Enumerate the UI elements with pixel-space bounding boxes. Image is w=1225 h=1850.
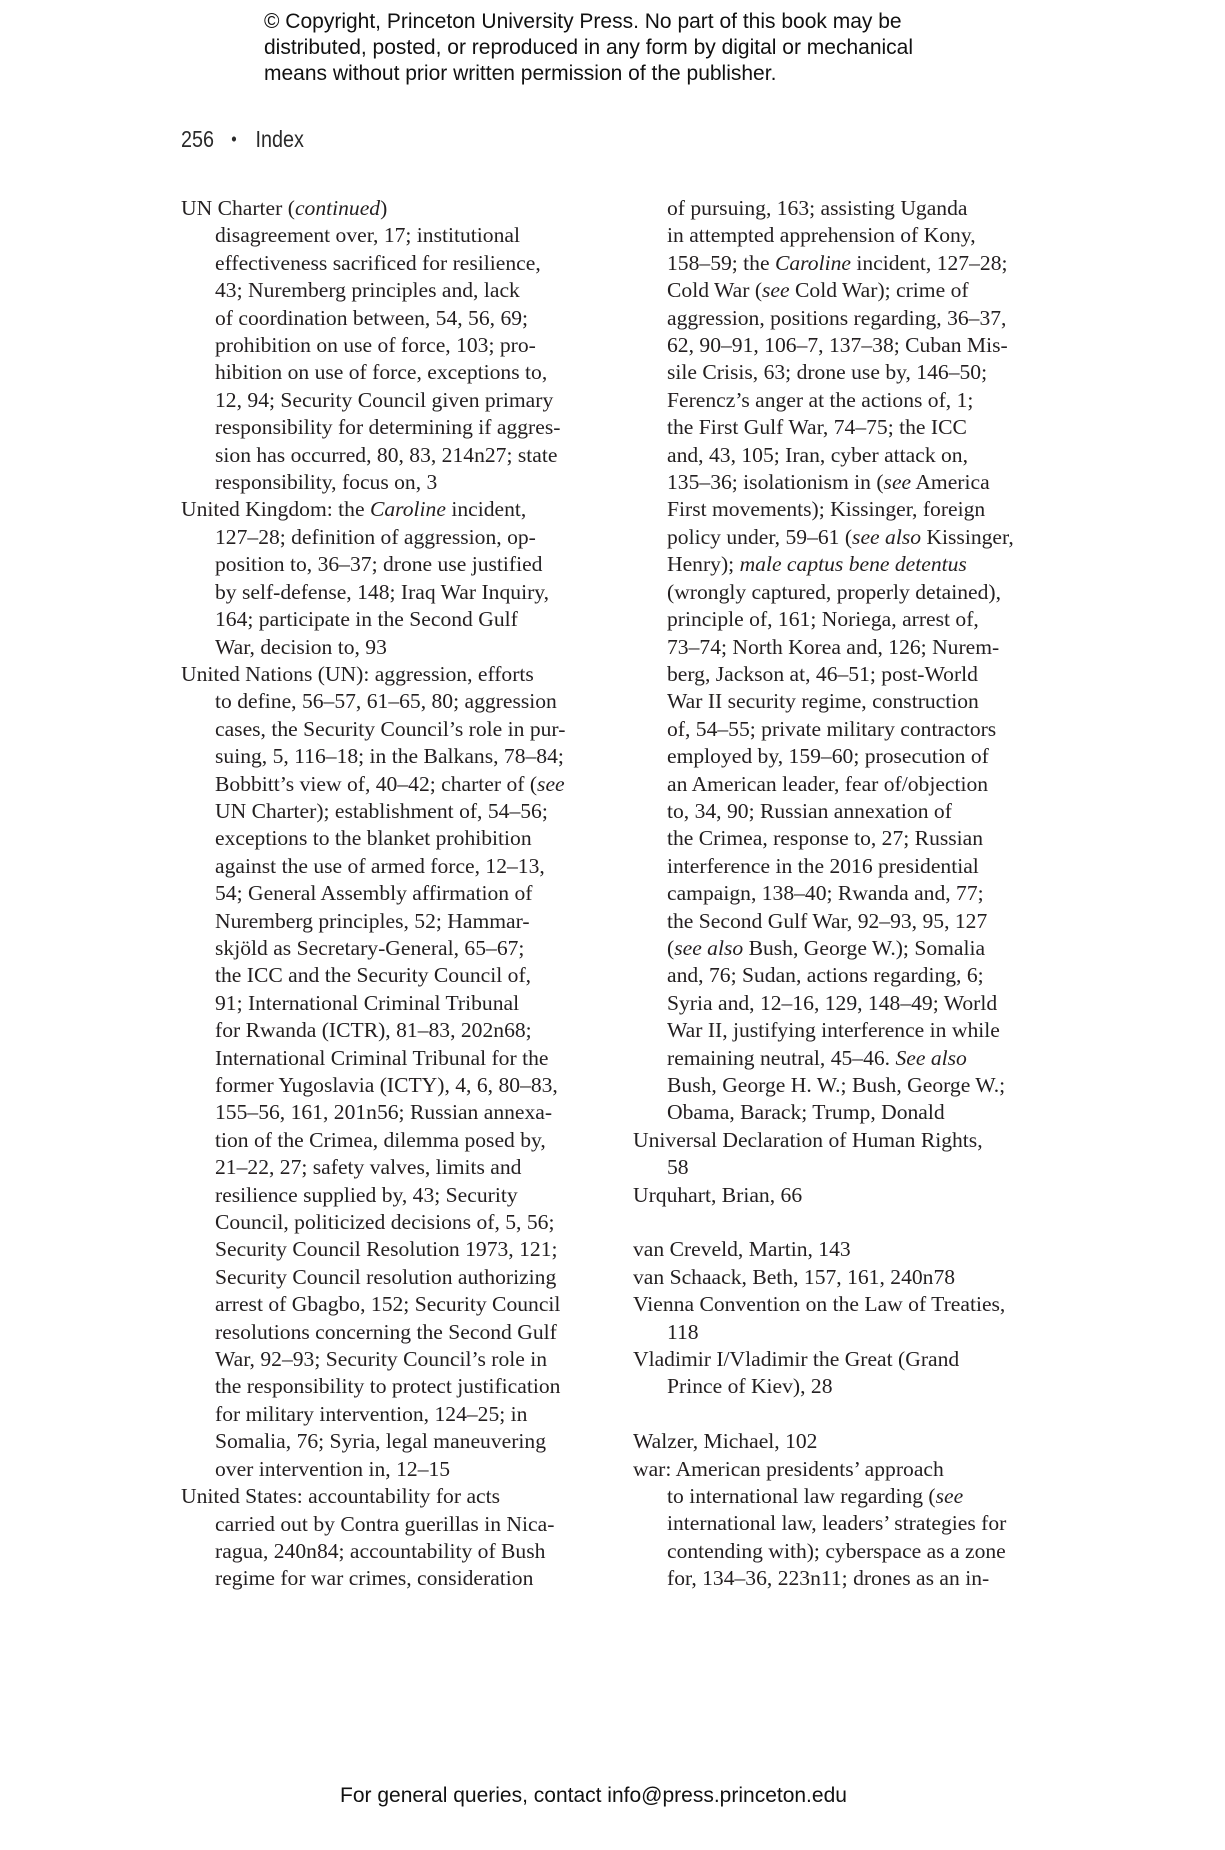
index-subentry-line: ragua, 240n84; accountability of Bush <box>181 1538 601 1565</box>
index-subentry-line: sile Crisis, 63; drone use by, 146–50; <box>633 359 1053 386</box>
index-entry-heading: van Creveld, Martin, 143 <box>633 1236 1053 1263</box>
index-subentry-line: responsibility for determining if aggres… <box>181 414 601 441</box>
index-subentry-line: the First Gulf War, 74–75; the ICC <box>633 414 1053 441</box>
index-subentry-line: of coordination between, 54, 56, 69; <box>181 305 601 332</box>
index-subentry-line: sion has occurred, 80, 83, 214n27; state <box>181 442 601 469</box>
copyright-line: distributed, posted, or reproduced in an… <box>264 35 1024 61</box>
letter-group-gap <box>633 1401 1053 1428</box>
index-subentry-line: War, decision to, 93 <box>181 634 601 661</box>
index-subentry-line: Somalia, 76; Syria, legal maneuvering <box>181 1428 601 1455</box>
index-subentry-line: resilience supplied by, 43; Security <box>181 1182 601 1209</box>
index-subentry-line: Cold War (see Cold War); crime of <box>633 277 1053 304</box>
index-subentry-line: First movements); Kissinger, foreign <box>633 496 1053 523</box>
index-entry-heading: UN Charter (continued) <box>181 195 601 222</box>
copyright-line: © Copyright, Princeton University Press.… <box>264 9 1024 35</box>
index-subentry-line: Prince of Kiev), 28 <box>633 1373 1053 1400</box>
index-entry: United Nations (UN): aggression, efforts… <box>181 661 601 1483</box>
index-subentry-line: 135–36; isolationism in (see America <box>633 469 1053 496</box>
index-entry-heading: war: American presidents’ approach <box>633 1456 1053 1483</box>
index-subentry-line: 73–74; North Korea and, 126; Nurem- <box>633 634 1053 661</box>
index-subentry-line: hibition on use of force, exceptions to, <box>181 359 601 386</box>
index-subentry-line: 118 <box>633 1319 1053 1346</box>
index-subentry-line: policy under, 59–61 (see also Kissinger, <box>633 524 1053 551</box>
index-subentry-line: regime for war crimes, consideration <box>181 1565 601 1592</box>
index-column-right: of pursuing, 163; assisting Ugandain att… <box>633 195 1053 1593</box>
index-entry-heading: Vladimir I/Vladimir the Great (Grand <box>633 1346 1053 1373</box>
index-subentry-line: of, 54–55; private military contractors <box>633 716 1053 743</box>
index-subentry-line: 54; General Assembly affirmation of <box>181 880 601 907</box>
index-subentry-line: skjöld as Secretary-General, 65–67; <box>181 935 601 962</box>
index-subentry-line: remaining neutral, 45–46. See also <box>633 1045 1053 1072</box>
index-column-left: UN Charter (continued)disagreement over,… <box>181 195 601 1593</box>
index-subentry-line: to, 34, 90; Russian annexation of <box>633 798 1053 825</box>
letter-group-gap <box>633 1209 1053 1236</box>
index-subentry-line: 164; participate in the Second Gulf <box>181 606 601 633</box>
index-entry-heading: Vienna Convention on the Law of Treaties… <box>633 1291 1053 1318</box>
index-entry: Vienna Convention on the Law of Treaties… <box>633 1291 1053 1346</box>
index-entry: Urquhart, Brian, 66 <box>633 1182 1053 1209</box>
index-entry: war: American presidents’ approachto int… <box>633 1456 1053 1593</box>
index-subentry-line: contending with); cyberspace as a zone <box>633 1538 1053 1565</box>
index-subentry-line: international law, leaders’ strategies f… <box>633 1510 1053 1537</box>
index-entry: van Schaack, Beth, 157, 161, 240n78 <box>633 1264 1053 1291</box>
copyright-notice: © Copyright, Princeton University Press.… <box>264 9 1024 87</box>
index-entry: Vladimir I/Vladimir the Great (GrandPrin… <box>633 1346 1053 1401</box>
index-subentry-line: 58 <box>633 1154 1053 1181</box>
index-subentry-line: Nuremberg principles, 52; Hammar- <box>181 908 601 935</box>
index-subentry-line: effectiveness sacrificed for resilience, <box>181 250 601 277</box>
index-subentry-line: the Second Gulf War, 92–93, 95, 127 <box>633 908 1053 935</box>
index-entry: United Kingdom: the Caroline incident,12… <box>181 496 601 660</box>
index-subentry-line: the Crimea, response to, 27; Russian <box>633 825 1053 852</box>
index-subentry-line: against the use of armed force, 12–13, <box>181 853 601 880</box>
index-entry: United States: accountability for actsca… <box>181 1483 601 1593</box>
index-subentry-line: War II security regime, construction <box>633 688 1053 715</box>
index-subentry-line: to international law regarding (see <box>633 1483 1053 1510</box>
index-entry-heading: van Schaack, Beth, 157, 161, 240n78 <box>633 1264 1053 1291</box>
index-subentry-line: berg, Jackson at, 46–51; post-World <box>633 661 1053 688</box>
index-entry-heading: United States: accountability for acts <box>181 1483 601 1510</box>
index-subentry-line: by self-defense, 148; Iraq War Inquiry, <box>181 579 601 606</box>
index-subentry-line: 127–28; definition of aggression, op- <box>181 524 601 551</box>
index-subentry-line: employed by, 159–60; prosecution of <box>633 743 1053 770</box>
index-subentry-line: interference in the 2016 presidential <box>633 853 1053 880</box>
index-subentry-line: 43; Nuremberg principles and, lack <box>181 277 601 304</box>
index-entry: Walzer, Michael, 102 <box>633 1428 1053 1455</box>
index-subentry-line: 91; International Criminal Tribunal <box>181 990 601 1017</box>
index-subentry-line: the ICC and the Security Council of, <box>181 962 601 989</box>
index-subentry-line: former Yugoslavia (ICTY), 4, 6, 80–83, <box>181 1072 601 1099</box>
index-subentry-line: Obama, Barack; Trump, Donald <box>633 1099 1053 1126</box>
bullet-separator: • <box>231 129 236 150</box>
index-subentry-line: 155–56, 161, 201n56; Russian annexa- <box>181 1099 601 1126</box>
index-subentry-line: campaign, 138–40; Rwanda and, 77; <box>633 880 1053 907</box>
index-subentry-line: Ferencz’s anger at the actions of, 1; <box>633 387 1053 414</box>
index-entry-heading: Urquhart, Brian, 66 <box>633 1182 1053 1209</box>
index-subentry-line: 158–59; the Caroline incident, 127–28; <box>633 250 1053 277</box>
index-subentry-line: (see also Bush, George W.); Somalia <box>633 935 1053 962</box>
index-entry: of pursuing, 163; assisting Ugandain att… <box>633 195 1053 1127</box>
index-subentry-line: arrest of Gbagbo, 152; Security Council <box>181 1291 601 1318</box>
index-subentry-line: Security Council resolution authorizing <box>181 1264 601 1291</box>
index-subentry-line: resolutions concerning the Second Gulf <box>181 1319 601 1346</box>
index-subentry-line: aggression, positions regarding, 36–37, <box>633 305 1053 332</box>
index-entry-heading: United Kingdom: the Caroline incident, <box>181 496 601 523</box>
index-subentry-line: principle of, 161; Noriega, arrest of, <box>633 606 1053 633</box>
index-entry-heading: Universal Declaration of Human Rights, <box>633 1127 1053 1154</box>
index-subentry-line: the responsibility to protect justificat… <box>181 1373 601 1400</box>
footer-contact: For general queries, contact info@press.… <box>340 1784 847 1808</box>
index-subentry-line: and, 43, 105; Iran, cyber attack on, <box>633 442 1053 469</box>
index-subentry-line: cases, the Security Council’s role in pu… <box>181 716 601 743</box>
index-subentry-line: disagreement over, 17; institutional <box>181 222 601 249</box>
index-subentry-line: War, 92–93; Security Council’s role in <box>181 1346 601 1373</box>
index-subentry-line: responsibility, focus on, 3 <box>181 469 601 496</box>
index-subentry-line: over intervention in, 12–15 <box>181 1456 601 1483</box>
index-subentry-line: in attempted apprehension of Kony, <box>633 222 1053 249</box>
index-subentry-line: for military intervention, 124–25; in <box>181 1401 601 1428</box>
index-subentry-line: Security Council Resolution 1973, 121; <box>181 1236 601 1263</box>
section-title: Index <box>256 126 304 152</box>
page-number: 256 <box>181 126 214 152</box>
index-subentry-line: prohibition on use of force, 103; pro- <box>181 332 601 359</box>
index-subentry-line: to define, 56–57, 61–65, 80; aggression <box>181 688 601 715</box>
index-entry-heading: Walzer, Michael, 102 <box>633 1428 1053 1455</box>
copyright-line: means without prior written permission o… <box>264 61 1024 87</box>
index-subentry-line: Council, politicized decisions of, 5, 56… <box>181 1209 601 1236</box>
index-subentry-line: International Criminal Tribunal for the <box>181 1045 601 1072</box>
index-entry: van Creveld, Martin, 143 <box>633 1236 1053 1263</box>
index-subentry-line: Bush, George H. W.; Bush, George W.; <box>633 1072 1053 1099</box>
index-subentry-line: tion of the Crimea, dilemma posed by, <box>181 1127 601 1154</box>
index-subentry-line: and, 76; Sudan, actions regarding, 6; <box>633 962 1053 989</box>
index-subentry-line: carried out by Contra guerillas in Nica- <box>181 1511 601 1538</box>
index-subentry-line: UN Charter); establishment of, 54–56; <box>181 798 601 825</box>
index-entry: UN Charter (continued)disagreement over,… <box>181 195 601 496</box>
running-head: 256•Index <box>181 126 304 153</box>
index-subentry-line: an American leader, fear of/objection <box>633 771 1053 798</box>
index-entry: Universal Declaration of Human Rights,58 <box>633 1127 1053 1182</box>
index-subentry-line: War II, justifying interference in while <box>633 1017 1053 1044</box>
index-subentry-line: of pursuing, 163; assisting Uganda <box>633 195 1053 222</box>
index-entry-heading: United Nations (UN): aggression, efforts <box>181 661 601 688</box>
index-subentry-line: (wrongly captured, properly detained), <box>633 579 1053 606</box>
index-subentry-line: exceptions to the blanket prohibition <box>181 825 601 852</box>
index-subentry-line: Syria and, 12–16, 129, 148–49; World <box>633 990 1053 1017</box>
index-subentry-line: for Rwanda (ICTR), 81–83, 202n68; <box>181 1017 601 1044</box>
index-subentry-line: Bobbitt’s view of, 40–42; charter of (se… <box>181 771 601 798</box>
index-subentry-line: 62, 90–91, 106–7, 137–38; Cuban Mis- <box>633 332 1053 359</box>
index-subentry-line: 21–22, 27; safety valves, limits and <box>181 1154 601 1181</box>
index-subentry-line: suing, 5, 116–18; in the Balkans, 78–84; <box>181 743 601 770</box>
index-subentry-line: Henry); male captus bene detentus <box>633 551 1053 578</box>
index-subentry-line: for, 134–36, 223n11; drones as an in- <box>633 1565 1053 1592</box>
index-subentry-line: 12, 94; Security Council given primary <box>181 387 601 414</box>
index-subentry-line: position to, 36–37; drone use justified <box>181 551 601 578</box>
